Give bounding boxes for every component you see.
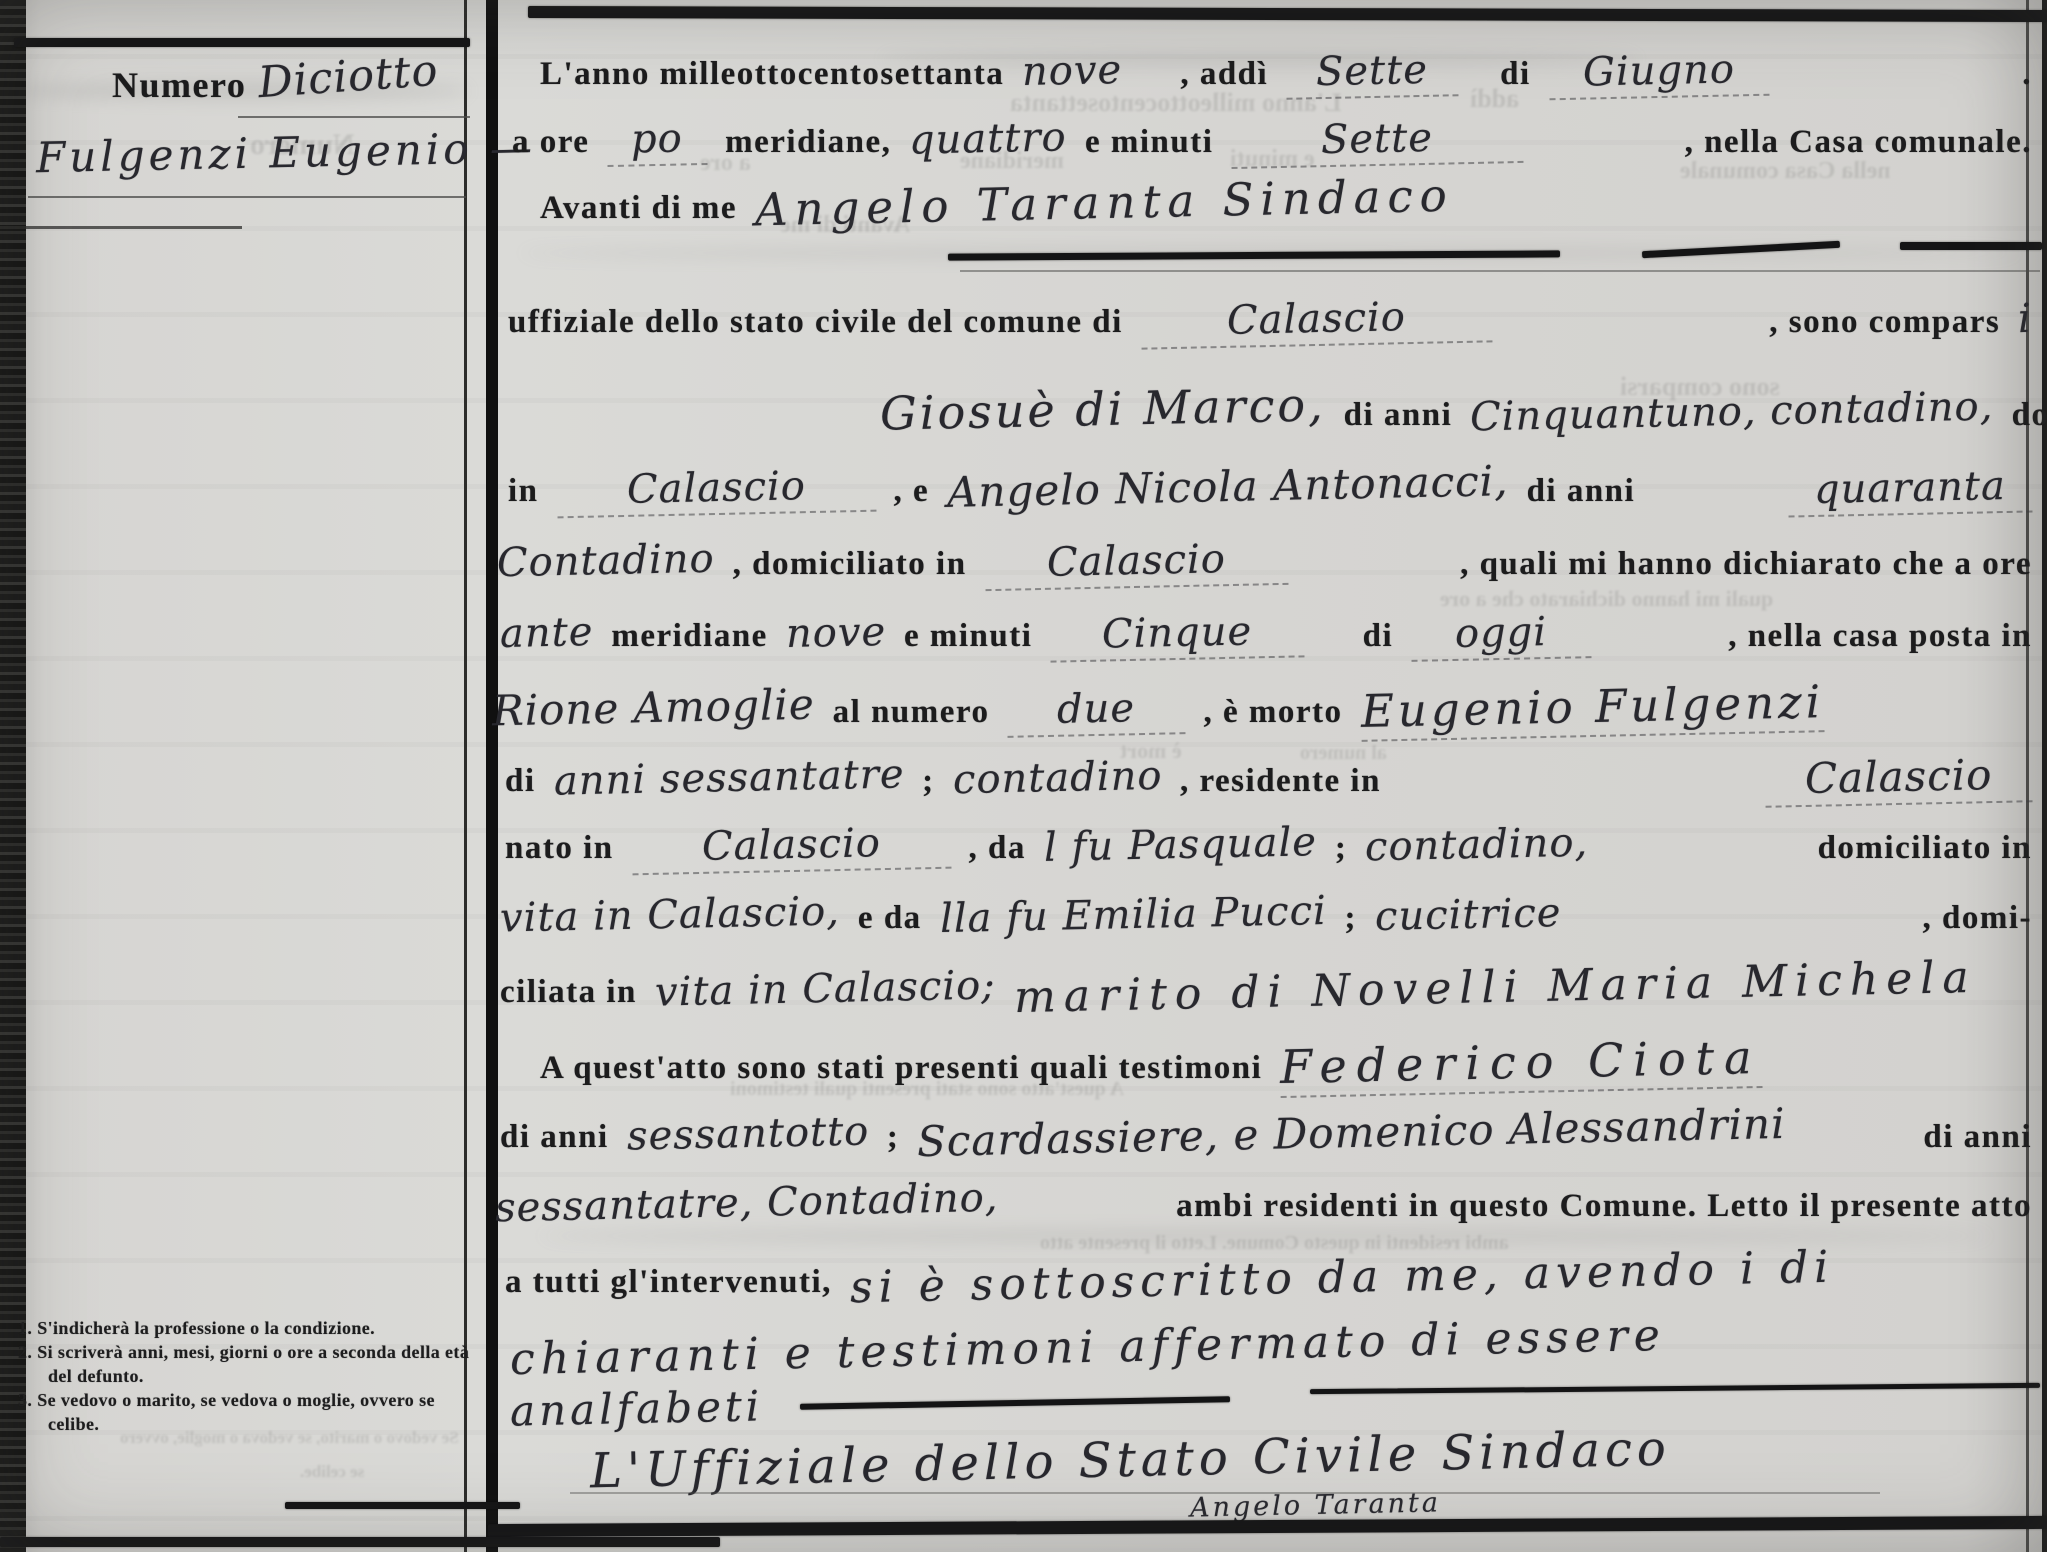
- act-line-20: L'Uffiziale dello Stato Civile Sindaco: [590, 1432, 1990, 1488]
- declarant1-name-entry: Giosuè di Marco,: [879, 377, 1326, 440]
- act-line-15: di anni sessantotto ; Scardassiere, e Do…: [500, 1108, 2032, 1157]
- printed-meridiane2: meridiane: [611, 618, 767, 655]
- deceased-residence-entry: Calascio: [1764, 749, 2033, 808]
- mother-domicile-entry: vita in Calascio;: [654, 962, 996, 1015]
- witness2-name-entry: Scardassiere, e Domenico Alessandrini: [917, 1099, 1786, 1166]
- printed-da: , da: [969, 830, 1026, 867]
- bottom-short-rule: [285, 1502, 520, 1509]
- footnote-2: 2. Si scriverà anni, mesi, giorni o ore …: [18, 1340, 470, 1388]
- printed-in: in: [508, 473, 539, 510]
- ghost-text: a ore: [700, 150, 751, 177]
- printed-avanti-di-me: Avanti di me: [540, 190, 737, 227]
- ghost-text: Se vedovo o marito, se vedova o moglie, …: [120, 1428, 459, 1448]
- ghost-text: nella Casa comunale: [1680, 158, 1891, 185]
- closing-clause-entry-3: analfabeti: [510, 1381, 764, 1435]
- declarant2-domicile-entry: Calascio: [984, 535, 1288, 591]
- margin-top-rule: [14, 38, 470, 47]
- ghost-text: Numero: [250, 128, 354, 162]
- meridian-prefix-entry: po: [607, 115, 708, 167]
- column-divider-thick: [486, 0, 498, 1552]
- month-entry: Giugno: [1548, 46, 1769, 101]
- numero-underline: [238, 116, 470, 118]
- declarant1-domicile-entry: Calascio: [556, 462, 876, 519]
- printed-semicolon: ;: [922, 763, 935, 800]
- mother-name-entry: lla fu Emilia Pucci: [939, 888, 1327, 942]
- margin-footnotes: 1. S'indicherà la professione o la condi…: [18, 1316, 470, 1437]
- ghost-text: e minuti: [1230, 146, 1315, 173]
- ghost-text: meridiane: [960, 148, 1064, 175]
- act-line-16: sessantatre, Contadino, ambi residenti i…: [495, 1180, 2032, 1226]
- printed-domiciliato-in: , domiciliato in: [733, 546, 967, 583]
- printed-sono-comparsi: , sono compars: [1769, 304, 2000, 341]
- printed-e: , e: [893, 473, 929, 510]
- death-day-entry: oggi: [1411, 608, 1592, 662]
- printed-domiciliato-in2: domiciliato in: [1818, 830, 2032, 867]
- printed-dichiarato-clause: , quali mi hanno dichiarato che a ore: [1460, 546, 2032, 583]
- ghost-text: quali mi hanno dichiarato che a ore: [1440, 586, 1773, 612]
- footnote-1: 1. S'indicherà la professione o la condi…: [18, 1316, 470, 1340]
- ghost-text: Avanti di me: [780, 212, 910, 239]
- printed-casa-comunale: , nella Casa comunale.: [1685, 124, 2032, 161]
- margin-short-rule: [0, 226, 242, 229]
- act-line-18: chiaranti e testimoni affermato di esser…: [510, 1322, 1810, 1373]
- ghost-text: al numero: [1300, 742, 1387, 765]
- printed-domiciliato: domiciliato: [2012, 397, 2047, 434]
- printed-ciliata-in: ciliata in: [500, 974, 637, 1011]
- printed-casa-posta: , nella casa posta in: [1728, 618, 2032, 655]
- printed-residenti-clause: ambi residenti in questo Comune. Letto i…: [1176, 1188, 2032, 1225]
- act-line-21: Angelo Taranta: [1190, 1490, 1690, 1521]
- printed-residente-in: , residente in: [1180, 763, 1381, 800]
- name-underline: [28, 196, 466, 198]
- printed-official-clause: uffiziale dello stato civile del comune …: [508, 304, 1123, 341]
- death-record-scan: { "margin": { "numero_label": "Numero", …: [0, 0, 2047, 1552]
- deceased-age-entry: anni sessantatre: [553, 751, 904, 804]
- death-meridian-entry: ante: [500, 609, 594, 657]
- printed-nato-in: nato in: [505, 830, 614, 867]
- margin-bottom-rule: [0, 1537, 720, 1547]
- printed-di2: di: [505, 763, 536, 800]
- printed-intervenuti: a tutti gl'intervenuti,: [505, 1264, 832, 1301]
- deceased-name-entry: Eugenio Fulgenzi: [1360, 675, 1824, 742]
- ghost-text: è mort: [1120, 738, 1182, 764]
- printed-minutes-label2: e minuti: [904, 618, 1032, 655]
- act-line-08: ante meridiane nove e minuti Cinque di o…: [500, 610, 2032, 660]
- official-title-signature: L'Uffiziale dello Stato Civile Sindaco: [590, 1421, 1672, 1500]
- act-line-17: a tutti gl'intervenuti, si è sottoscritt…: [505, 1252, 2032, 1303]
- filler-rule-thin: [960, 270, 2040, 272]
- act-line-10: di anni sessantatre ; contadino , reside…: [505, 752, 2032, 805]
- birth-place-entry: Calascio: [631, 819, 951, 876]
- page-right-edge: [2042, 0, 2047, 1552]
- printed-al-numero: al numero: [833, 694, 990, 731]
- printed-hour-label: a ore: [512, 124, 589, 161]
- ghost-text: sono comparsi: [1620, 372, 1780, 402]
- death-hour-entry: nove: [785, 609, 886, 657]
- father-name-entry: l fu Pasquale: [1043, 819, 1317, 871]
- printed-year-label: L'anno milleottocentosettanta: [540, 56, 1004, 93]
- act-line-04: uffiziale dello stato civile del comune …: [508, 296, 2032, 346]
- spouse-name-entry: marito di Novelli Maria Michela: [1013, 952, 1976, 1023]
- printed-age-label3: di anni: [500, 1119, 609, 1156]
- printed-minutes-label: e minuti: [1085, 124, 1213, 161]
- ghost-text: L'anno milleottocentosettanta: [1010, 88, 1341, 118]
- declarant2-age-entry: quaranta: [1788, 462, 2033, 517]
- numero-label: Numero: [112, 64, 246, 106]
- mother-occupation-entry: cucitrice: [1374, 890, 1561, 940]
- house-number-entry: due: [1007, 684, 1186, 738]
- printed-di: di: [1363, 618, 1394, 655]
- father-occupation-entry: contadino,: [1365, 820, 1589, 871]
- printed-e-morto: , è morto: [1204, 694, 1343, 731]
- official-signature: Angelo Taranta: [1190, 1487, 1442, 1523]
- comune-entry: Calascio: [1140, 292, 1492, 349]
- printed-age-label2: di anni: [1527, 473, 1636, 510]
- death-place-entry: Rione Amoglie: [492, 680, 816, 736]
- printed-age-label: di anni: [1344, 397, 1453, 434]
- witness2-age-occupation-entry: sessantatre, Contadino,: [495, 1175, 999, 1232]
- filler-rule: [1900, 242, 2042, 250]
- printed-e-da: e da: [858, 900, 922, 937]
- printed-semicolon2: ;: [1335, 830, 1348, 867]
- act-line-07: Contadino , domiciliato in Calascio , qu…: [497, 538, 2032, 588]
- father-domicile-entry: vita in Calascio,: [500, 888, 841, 941]
- printed-period: .: [2022, 56, 2032, 93]
- ghost-text: se celibe.: [300, 1462, 364, 1482]
- declarant2-occupation-entry: Contadino: [497, 536, 716, 587]
- ghost-text: ambi residenti in questo Comune. Letto i…: [1040, 1232, 1509, 1255]
- printed-semicolon4: ;: [887, 1119, 900, 1156]
- witness1-age-entry: sessantotto: [626, 1108, 869, 1159]
- declarant2-name-entry: Angelo Nicola Antonacci,: [947, 456, 1509, 517]
- act-line-09: Rione Amoglie al numero due , è morto Eu…: [492, 680, 2032, 737]
- act-line-12: vita in Calascio, e da lla fu Emilia Puc…: [500, 892, 2032, 938]
- act-line-05: Giosuè di Marco, di anni Cinquantuno, co…: [880, 382, 2032, 436]
- act-line-03: Avanti di me Angelo Taranta Sindaco: [540, 176, 1740, 229]
- printed-age-label4: di anni: [1923, 1119, 2032, 1156]
- ghost-text: addì: [1470, 84, 1519, 114]
- death-minutes-entry: Cinque: [1050, 607, 1305, 662]
- witness1-name-entry: Federico Ciota: [1280, 1030, 1763, 1098]
- ghost-text: A quest'atto sono stati presenti quali t…: [730, 1078, 1124, 1101]
- printed-semicolon3: ;: [1344, 900, 1357, 937]
- comparsi-suffix-entry: i: [2018, 296, 2033, 342]
- act-line-11: nato in Calascio , da l fu Pasquale ; co…: [505, 822, 2032, 872]
- printed-domi-hyphen: , domi-: [1923, 900, 2033, 937]
- act-line-13: ciliata in vita in Calascio; marito di N…: [500, 962, 2032, 1013]
- act-line-06: in Calascio , e Angelo Nicola Antonacci,…: [508, 462, 2032, 515]
